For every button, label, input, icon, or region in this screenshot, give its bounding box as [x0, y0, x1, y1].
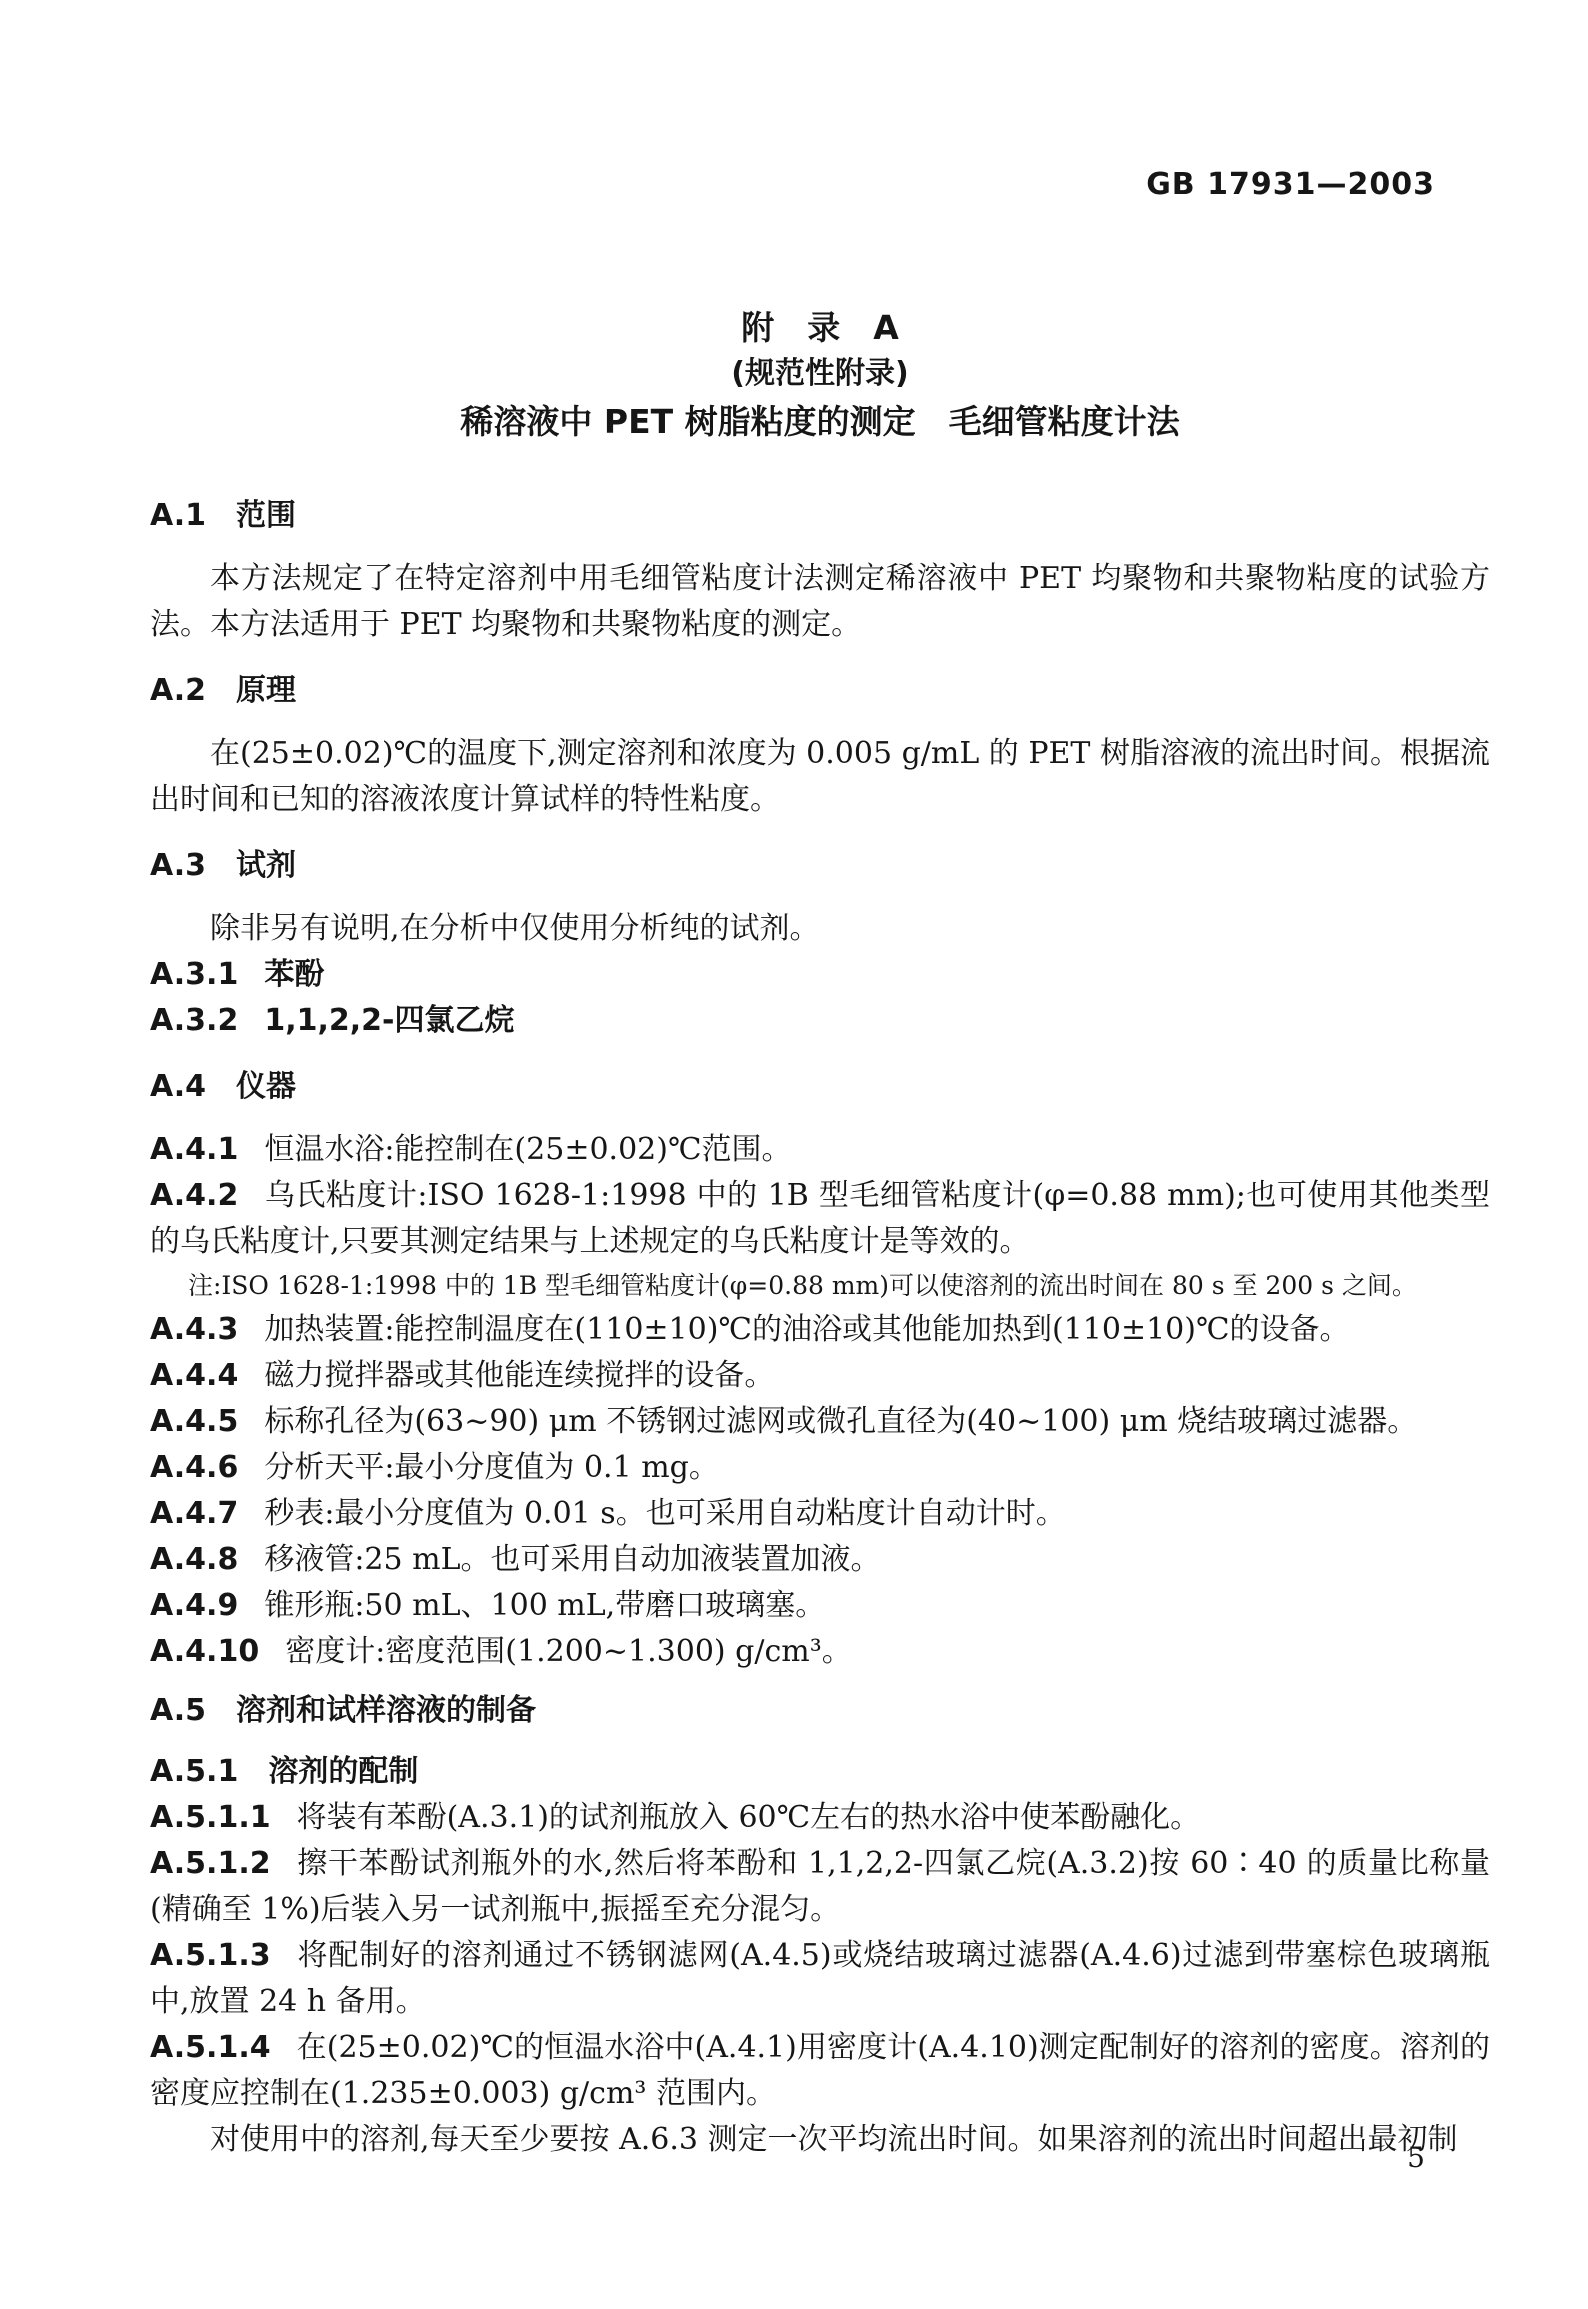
clause-number: A.5.1.1 [150, 1800, 297, 1835]
clause-text: 将配制好的溶剂通过不锈钢滤网(A.4.5)或烧结玻璃过滤器(A.4.6)过滤到带… [150, 1938, 1490, 2019]
clause-text: 秒表:最小分度值为 0.01 s。也可采用自动粘度计自动计时。 [264, 1496, 1065, 1531]
clause-number: A.5.1.2 [150, 1846, 297, 1881]
section-a5-1-heading: A.5.1 溶剂的配制 [150, 1749, 1490, 1795]
section-a1-heading: A.1 范围 [150, 493, 1490, 539]
clause-number: A.3.1 [150, 957, 264, 992]
clause-text: 移液管:25 mL。也可采用自动加液装置加液。 [264, 1542, 880, 1577]
clause-number: A.4.8 [150, 1542, 264, 1577]
clause-number: A.5.1.4 [150, 2030, 297, 2065]
clause-text: 苯酚 [264, 957, 324, 992]
section-a3-heading: A.3 试剂 [150, 843, 1490, 889]
section-a2-heading: A.2 原理 [150, 668, 1490, 714]
section-a5-heading: A.5 溶剂和试样溶液的制备 [150, 1688, 1490, 1734]
clause-number: A.4.3 [150, 1312, 264, 1347]
clause-a4-9: A.4.9锥形瓶:50 mL、100 mL,带磨口玻璃塞。 [150, 1583, 1490, 1629]
clause-a5-1-4: A.5.1.4在(25±0.02)℃的恒温水浴中(A.4.1)用密度计(A.4.… [150, 2025, 1490, 2117]
clause-text: 加热装置:能控制温度在(110±10)℃的油浴或其他能加热到(110±10)℃的… [264, 1312, 1349, 1347]
section-a1-body: 本方法规定了在特定溶剂中用毛细管粘度计法测定稀溶液中 PET 均聚物和共聚物粘度… [150, 556, 1490, 648]
clause-number: A.4.2 [150, 1178, 264, 1213]
clause-text: 标称孔径为(63~90) μm 不锈钢过滤网或微孔直径为(40~100) μm … [264, 1404, 1417, 1439]
clause-a5-1-3: A.5.1.3将配制好的溶剂通过不锈钢滤网(A.4.5)或烧结玻璃过滤器(A.4… [150, 1933, 1490, 2025]
document-page: GB 17931—2003 附 录 A (规范性附录) 稀溶液中 PET 树脂粘… [0, 0, 1588, 2309]
clause-number: A.4.4 [150, 1358, 264, 1393]
clause-text: 乌氏粘度计:ISO 1628-1:1998 中的 1B 型毛细管粘度计(φ=0.… [150, 1178, 1490, 1259]
clause-a3-1: A.3.1苯酚 [150, 952, 1490, 998]
appendix-name: 稀溶液中 PET 树脂粘度的测定 毛细管粘度计法 [150, 397, 1490, 447]
clause-text: 锥形瓶:50 mL、100 mL,带磨口玻璃塞。 [264, 1588, 825, 1623]
clause-text: 分析天平:最小分度值为 0.1 mg。 [264, 1450, 719, 1485]
clause-text: 磁力搅拌器或其他能连续搅拌的设备。 [264, 1358, 774, 1393]
clause-a4-5: A.4.5标称孔径为(63~90) μm 不锈钢过滤网或微孔直径为(40~100… [150, 1399, 1490, 1445]
clause-a4-2-note: 注:ISO 1628-1:1998 中的 1B 型毛细管粘度计(φ=0.88 m… [188, 1265, 1490, 1307]
clause-text: 恒温水浴:能控制在(25±0.02)℃范围。 [264, 1132, 791, 1167]
clause-a4-6: A.4.6分析天平:最小分度值为 0.1 mg。 [150, 1445, 1490, 1491]
clause-a4-3: A.4.3加热装置:能控制温度在(110±10)℃的油浴或其他能加热到(110±… [150, 1307, 1490, 1353]
clause-text: 在(25±0.02)℃的恒温水浴中(A.4.1)用密度计(A.4.10)测定配制… [150, 2030, 1490, 2111]
clause-number: A.4.9 [150, 1588, 264, 1623]
clause-a4-7: A.4.7秒表:最小分度值为 0.01 s。也可采用自动粘度计自动计时。 [150, 1491, 1490, 1537]
clause-number: A.5.1.3 [150, 1938, 297, 1973]
clause-text: 密度计:密度范围(1.200~1.300) g/cm³。 [285, 1634, 852, 1669]
clause-number: A.4.1 [150, 1132, 264, 1167]
clause-a3-2: A.3.21,1,2,2-四氯乙烷 [150, 998, 1490, 1044]
clause-a4-2: A.4.2乌氏粘度计:ISO 1628-1:1998 中的 1B 型毛细管粘度计… [150, 1173, 1490, 1265]
clause-number: A.4.10 [150, 1634, 285, 1669]
clause-number: A.4.7 [150, 1496, 264, 1531]
appendix-title: 附 录 A [150, 305, 1490, 351]
clause-a4-8: A.4.8移液管:25 mL。也可采用自动加液装置加液。 [150, 1537, 1490, 1583]
clause-text: 擦干苯酚试剂瓶外的水,然后将苯酚和 1,1,2,2-四氯乙烷(A.3.2)按 6… [150, 1846, 1490, 1927]
clause-text: 将装有苯酚(A.3.1)的试剂瓶放入 60℃左右的热水浴中使苯酚融化。 [297, 1800, 1201, 1835]
clause-text: 1,1,2,2-四氯乙烷 [264, 1003, 514, 1038]
clause-a4-10: A.4.10密度计:密度范围(1.200~1.300) g/cm³。 [150, 1629, 1490, 1675]
clause-a4-4: A.4.4磁力搅拌器或其他能连续搅拌的设备。 [150, 1353, 1490, 1399]
clause-number: A.3.2 [150, 1003, 264, 1038]
clause-number: A.4.5 [150, 1404, 264, 1439]
clause-a5-1-2: A.5.1.2擦干苯酚试剂瓶外的水,然后将苯酚和 1,1,2,2-四氯乙烷(A.… [150, 1841, 1490, 1933]
clause-number: A.4.6 [150, 1450, 264, 1485]
standard-number-header: GB 17931—2003 [150, 165, 1435, 205]
section-a4-heading: A.4 仪器 [150, 1064, 1490, 1110]
section-a3-body: 除非另有说明,在分析中仅使用分析纯的试剂。 [150, 906, 1490, 952]
section-a5-closing: 对使用中的溶剂,每天至少要按 A.6.3 测定一次平均流出时间。如果溶剂的流出时… [150, 2117, 1490, 2163]
clause-a5-1-1: A.5.1.1将装有苯酚(A.3.1)的试剂瓶放入 60℃左右的热水浴中使苯酚融… [150, 1795, 1490, 1841]
section-a2-body: 在(25±0.02)℃的温度下,测定溶剂和浓度为 0.005 g/mL 的 PE… [150, 731, 1490, 823]
appendix-kind: (规范性附录) [150, 351, 1490, 397]
clause-a4-1: A.4.1恒温水浴:能控制在(25±0.02)℃范围。 [150, 1127, 1490, 1173]
